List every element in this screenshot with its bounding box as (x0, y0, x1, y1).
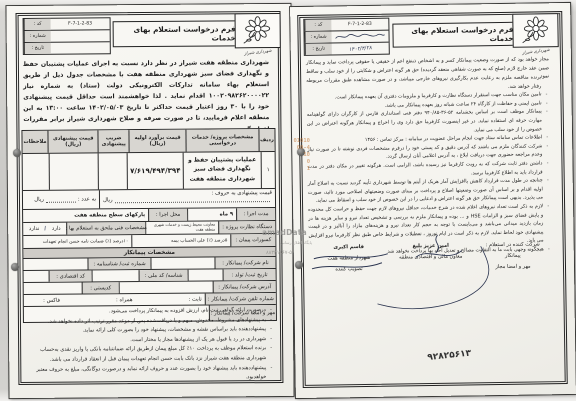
footer-notes: درصورت ارائه گواهی ثبت نام، ارزش افزوده … (27, 306, 274, 385)
proposed-factor-cell (98, 153, 127, 189)
date-label: تاریخ : (305, 43, 332, 54)
check-mark-icon: ∕ (44, 226, 47, 232)
price-words-cell: قیمت پیشنهادی به حروف : ریال (99, 189, 275, 208)
logo-box (235, 13, 281, 48)
deputy-role: معاون مالی و اقتصادی منطقه (390, 251, 472, 263)
code-value: F-7-1-2-83 (331, 19, 388, 31)
form-title: فرم درخواست استعلام بهای خدمات (113, 20, 237, 47)
meta-row-date: تاریخ : (24, 41, 110, 54)
contractor-postal-field (24, 283, 82, 294)
phone-fixed-label: ثابت : (189, 296, 202, 302)
date-value (51, 42, 110, 53)
code-label: کد : (304, 19, 331, 30)
contractor-id-row: تاریخ ثبت/ تولد : شناسه/ کد ملی : کد اقت… (24, 268, 276, 282)
number-label: شماره : (24, 31, 51, 42)
term-item: چنانچه در طول مدت قرارداد کاهش یاافزایش … (308, 176, 551, 205)
signature-block: شرکت کننده در استعلام : پیمانکار مهر و ا… (308, 239, 554, 276)
contractor-phone-label: شماره تلفن شرکت/ پیمانکار : (205, 293, 276, 305)
contractor-name-field (150, 257, 214, 269)
contractor-name-label: نام شرکت/ پیمانکار : (214, 257, 275, 268)
supervision-label: دستگاه نظارت پروژه : (218, 221, 275, 233)
header-row-number: ردیف (258, 129, 274, 151)
intro-text-post: با مشخصات جدول ذیل از طریق استعلام بهاء … (23, 71, 269, 133)
specs-option-no: ندارد (29, 226, 40, 232)
signature-participant: شرکت کننده در استعلام : پیمانکار مهر و ا… (472, 239, 554, 273)
meta-row-code: F-7-1-2-83 کد : (24, 18, 110, 30)
number-value (51, 30, 110, 41)
contractor-regdate-label: تاریخ ثبت/ تولد : (223, 269, 276, 280)
municipality-logo: شهرداری شیراز (512, 13, 559, 54)
municipality-logo: شهرداری شیراز (235, 13, 281, 54)
price-digits-label: به عدد : (78, 196, 96, 202)
duration-label: مدت اجرا : (236, 208, 275, 220)
row-number-cell: ۱ (261, 152, 275, 188)
meta-row-date: ۱۴۰۲/۴/۲۸ تاریخ : (305, 42, 389, 55)
phone-fax-label: فاکس : (43, 297, 60, 303)
handwritten-serial (333, 32, 385, 42)
binder-hole (13, 149, 21, 157)
contractor-postal-label: کدپستی : (82, 282, 119, 293)
binder-hole (297, 148, 305, 156)
contractor-phone-fields: ثابت : همراه : فاکس : (24, 294, 205, 306)
supervision-value-line2: منطقه هفت (196, 227, 216, 232)
right-page: F-7-1-2-83 کد : شماره : ۱۴۰۲/۴/۲۸ تاریخ … (290, 3, 576, 398)
date-value-handwritten: ۱۴۰۲/۴/۲۸ (331, 41, 389, 57)
header-project-specs: مشخصات پروژه/ خدمات درخواستی (186, 129, 259, 152)
meta-row-number: شماره : (24, 29, 110, 42)
intro-paragraph: شهرداری منطقه هفت شیراز در نظر دارد نسبت… (23, 57, 270, 137)
flower-icon (519, 16, 552, 44)
specs-label: مشخصات فنی ملحق به استعلام بها : (66, 222, 145, 235)
specs-option-yes: دارد (52, 226, 61, 232)
form-title: فرم درخواست استعلام بهای خدمات (392, 22, 514, 48)
contractor-regdate-field (188, 269, 223, 280)
meta-table: F-7-1-2-83 کد : شماره : تاریخ : (23, 17, 111, 55)
meta-row-code: F-7-1-2-83 کد : (304, 19, 388, 31)
price-digits-cell: به عدد : ریال (23, 190, 99, 209)
scanned-document: F-7-1-2-83 کد : شماره : تاریخ : فرم درخو… (0, 0, 576, 401)
blank-dotted-line (46, 197, 76, 203)
code-value: F-7-1-2-83 (51, 18, 110, 29)
contractor-eco-code-field (24, 271, 49, 282)
contractor-address-label: آدرس شرکت/ پیمانکار : (213, 281, 276, 292)
number-label: شماره : (304, 31, 331, 42)
binder-hole (295, 261, 303, 269)
contractor-address-field (119, 282, 213, 294)
contractor-name-row: نام شرکت/ پیمانکار : شماره ثبت/ شناسنامه… (23, 256, 275, 270)
specs-options: دارد ∕ ندارد (23, 223, 66, 235)
deduction-insurance: ۵درصد (٪) علی الحساب بیمه (131, 234, 230, 247)
duration-value: ۹ ماه (187, 208, 236, 220)
deductions-label: کسورات پیمان : (230, 234, 275, 246)
header-initial-estimate: قیمت برآورد اولیه (ریال) (128, 130, 185, 152)
contractor-national-id-field (92, 270, 139, 281)
terms-list: برنده مناقصه ملزم به رعایت عدم بکارگیری … (306, 73, 552, 257)
contractor-reg-label: شماره ثبت/ شناسنامه : (87, 258, 150, 269)
note-item: پیشنهاددهنده باید پیشنهاد خود را بصورت ع… (27, 364, 273, 385)
header-proposed-factor: ضریب پیشنهادی (98, 130, 129, 152)
contractor-reg-field (23, 258, 87, 270)
meta-table: F-7-1-2-83 کد : شماره : ۱۴۰۲/۴/۲۸ تاریخ … (303, 18, 390, 56)
intro-text-pre: شهرداری منطقه هفت شیراز در نظر دارد نسبت… (89, 59, 269, 67)
flower-icon (241, 16, 275, 45)
participant-stamp-label: مهر و امضا مجاز (472, 261, 554, 273)
estimate-value-cell: ۷/۶۱۹/۴۹۴/۳۹۴ (127, 153, 183, 189)
project-description-cell: عملیات پشتیبان حفظ و نگهداری فضای سبز شه… (183, 152, 261, 189)
table-header-row: ردیف مشخصات پروژه/ خدمات درخواستی قیمت ب… (22, 129, 274, 153)
inquiry-table: ردیف مشخصات پروژه/ خدمات درخواستی قیمت ب… (21, 128, 277, 323)
location-value: پارکهای سطح منطقه هفت (23, 209, 148, 222)
date-label: تاریخ : (24, 43, 51, 54)
blank-dotted-line (115, 196, 270, 203)
table-data-row: ۱ عملیات پشتیبان حفظ و نگهداری فضای سبز … (23, 151, 275, 190)
duration-location-row: مدت اجرا : ۹ ماه محل اجرا : پارکهای سطح … (23, 207, 275, 222)
proposed-price-cell (49, 153, 98, 189)
signature-deputy: امین عزیز بلیغ معاون مالی و اقتصادی منطق… (390, 240, 472, 274)
price-words-blank-line: ریال (103, 196, 272, 203)
deductions-row: کسورات پیمان : ۵درصد (٪) علی الحساب بیمه… (23, 233, 275, 248)
rial-label: ریال (103, 197, 113, 203)
term-item: پیمانکار موظف است بر اساس بخشنامه ۵۲-۳۶-… (307, 108, 550, 137)
contractor-eco-code-label: کد اقتصادی : (49, 270, 92, 281)
binder-hole (11, 263, 19, 271)
logo-box (512, 13, 558, 48)
contractor-phone-row: شماره تلفن شرکت/ پیمانکار : ثابت : همراه… (24, 292, 276, 306)
supervision-value: معاونت محیط زیست و خدمات شهری منطقه هفت (145, 221, 218, 234)
header-proposed-price: قیمت پیشنهادی (ریال) (48, 130, 98, 152)
phone-mobile-label: همراه : (116, 297, 133, 303)
remarks-cell (23, 154, 49, 190)
signature-mayor: قاسم اکبری شهردار منطقه هفت تصویب کننده (308, 242, 390, 276)
left-page: F-7-1-2-83 کد : شماره : تاریخ : فرم درخو… (6, 4, 293, 398)
mayor-approver-label: تصویب کننده (308, 264, 390, 276)
contractor-address-row: آدرس شرکت/ پیمانکار : کدپستی : (24, 280, 276, 294)
header-remarks: ملاحظات (22, 131, 47, 153)
price-words-row: قیمت پیشنهادی به حروف : ریال به عدد : ری… (23, 188, 275, 209)
contractor-national-id-label: شناسه/ کد ملی : (139, 270, 188, 281)
supervision-specs-row: دستگاه نظارت پروژه : معاونت محیط زیست و … (23, 220, 275, 235)
code-label: کد : (24, 19, 51, 30)
deduction-guarantee: ۱۰درصد (٪) ضمانت نامه حسن انجام تعهدات (23, 235, 131, 248)
note-item: برنده استعلام موظف به پرداخت ۱۰٪ کل مبلغ… (27, 344, 273, 365)
rial-label: ریال (34, 197, 44, 203)
location-label: محل اجرا : (148, 209, 187, 221)
